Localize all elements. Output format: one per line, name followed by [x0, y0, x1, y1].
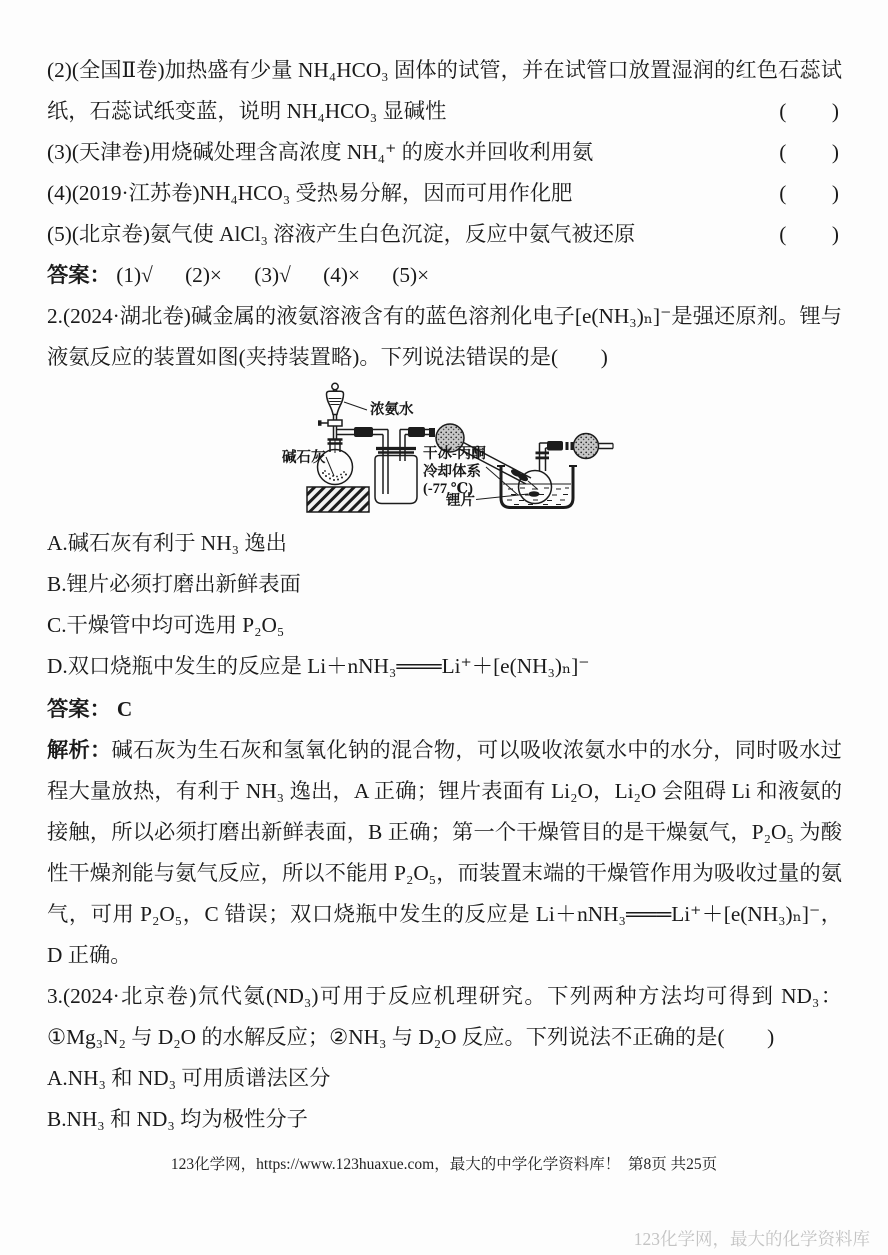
answer-bracket: ( ) — [779, 91, 840, 132]
option-line: A.NH₃ 和 ND₃ 可用质谱法区分 — [47, 1058, 842, 1099]
statement-text: (2)(全国Ⅱ卷)加热盛有少量 NH₄HCO₃ 固体的试管，并在试管口放置湿润的… — [47, 58, 842, 123]
apparatus-diagram: 浓氨水 碱石灰 干冰-丙酮 冷却体系 (-77 ℃) 锂片 — [280, 381, 680, 523]
answer-line: 答案：C — [47, 689, 842, 730]
option-line: B.NH₃ 和 ND₃ 均为极性分子 — [47, 1099, 842, 1140]
statement-item: (2)(全国Ⅱ卷)加热盛有少量 NH₄HCO₃ 固体的试管，并在试管口放置湿润的… — [47, 50, 842, 132]
drying-bulb-2 — [574, 434, 614, 459]
apparatus-figure: 浓氨水 碱石灰 干冰-丙酮 冷却体系 (-77 ℃) 锂片 — [280, 381, 680, 523]
answer-item: (4)× — [323, 263, 360, 287]
cooling-label-line2: 冷却体系 — [423, 462, 481, 480]
statement-text: (4)(2019·江苏卷)NH₄HCO₃ 受热易分解，因而可用作化肥 — [47, 181, 572, 205]
answer-bracket: ( ) — [779, 132, 840, 173]
question-3-stem: 3.(2024·北京卷)氘代氨(ND₃)可用于反应机理研究。下列两种方法均可得到… — [47, 976, 842, 1058]
lithium-piece — [529, 491, 540, 497]
answer-value: C — [117, 697, 132, 721]
page-content: (2)(全国Ⅱ卷)加热盛有少量 NH₄HCO₃ 固体的试管，并在试管口放置湿润的… — [47, 50, 842, 1140]
soda-lime-label: 碱石灰 — [282, 448, 326, 466]
statement-item: (4)(2019·江苏卷)NH₄HCO₃ 受热易分解，因而可用作化肥 ( ) — [47, 173, 842, 214]
bath-liquid-dashes — [507, 488, 569, 505]
document-page: (2)(全国Ⅱ卷)加热盛有少量 NH₄HCO₃ 固体的试管，并在试管口放置湿润的… — [0, 0, 888, 1255]
cooling-label-line1: 干冰-丙酮 — [423, 445, 486, 462]
statement-item: (3)(天津卷)用烧碱处理含高浓度 NH₄⁺ 的废水并回收利用氨 ( ) — [47, 132, 842, 173]
statement-text: (5)(北京卷)氨气使 AlCl₃ 溶液产生白色沉淀，反应中氨气被还原 — [47, 222, 635, 246]
option-line: B.锂片必须打磨出新鲜表面 — [47, 564, 842, 605]
answer-bracket: ( ) — [779, 173, 840, 214]
answer-label: 答案： — [47, 263, 111, 287]
heating-pad — [307, 487, 369, 512]
analysis-text: 碱石灰为生石灰和氢氧化钠的混合物，可以吸收浓氨水中的水分，同时吸水过程大量放热，… — [47, 738, 842, 967]
question-stem-text: 2.(2024·湖北卷)碱金属的液氨溶液含有的蓝色溶剂化电子[e(NH₃)ₙ]⁻… — [47, 304, 842, 369]
option-line: C.干燥管中均可选用 P₂O₅ — [47, 605, 842, 646]
soda-lime-granules — [322, 470, 347, 481]
question-2-stem: 2.(2024·湖北卷)碱金属的液氨溶液含有的蓝色溶剂化电子[e(NH₃)ₙ]⁻… — [47, 296, 842, 378]
option-line: D.双口烧瓶中发生的反应是 Li＋nNH₃═══Li⁺＋[e(NH₃)ₙ]⁻ — [47, 646, 842, 687]
option-line: A.碱石灰有利于 NH₃ 逸出 — [47, 523, 842, 564]
answer-item: (3)√ — [254, 263, 291, 287]
page-footer: 123化学网，https://www.123huaxue.com，最大的中学化学… — [0, 1152, 888, 1174]
answer-label: 答案： — [47, 697, 111, 721]
gas-tube-1 — [337, 430, 389, 495]
answer-item: (2)× — [185, 263, 222, 287]
answer-bracket: ( ) — [779, 214, 840, 255]
answer-item: (1)√ — [116, 263, 153, 287]
statement-text: (3)(天津卷)用烧碱处理含高浓度 NH₄⁺ 的废水并回收利用氨 — [47, 140, 593, 164]
answer-bracket: ( ) — [551, 345, 608, 369]
analysis-paragraph: 解析：碱石灰为生石灰和氢氧化钠的混合物，可以吸收浓氨水中的水分，同时吸水过程大量… — [47, 730, 842, 976]
site-watermark: 123化学网，最大的化学资料库 — [634, 1226, 870, 1251]
lithium-label: 锂片 — [446, 491, 475, 509]
statement-item: (5)(北京卷)氨气使 AlCl₃ 溶液产生白色沉淀，反应中氨气被还原 ( ) — [47, 214, 842, 255]
answer-item: (5)× — [392, 263, 429, 287]
answer-bracket: ( ) — [717, 1025, 774, 1049]
analysis-label: 解析： — [47, 738, 111, 762]
ammonia-label: 浓氨水 — [370, 400, 414, 418]
answer-line: 答案： (1)√ (2)× (3)√ (4)× (5)× — [47, 255, 842, 296]
